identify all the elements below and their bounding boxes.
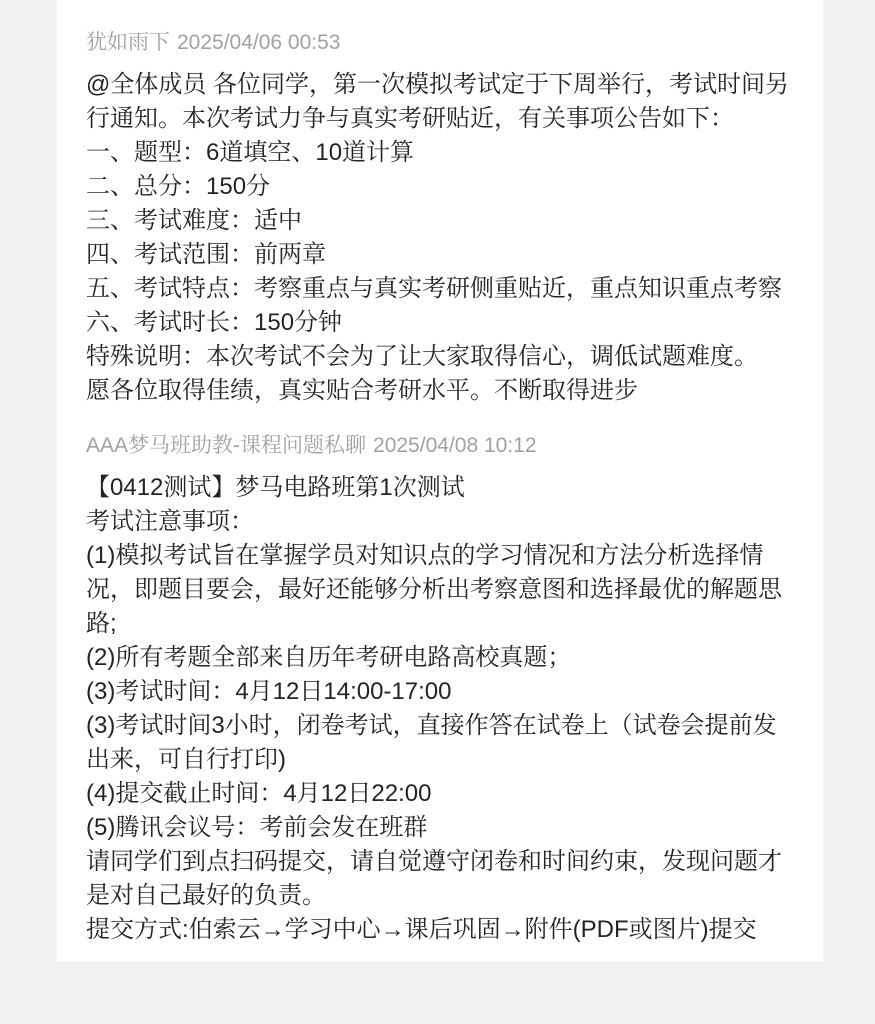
message-line: (3)考试时间：4月12日14:00-17:00 bbox=[86, 675, 797, 709]
message-line: 六、考试时长：150分钟 bbox=[86, 306, 797, 340]
sender-name[interactable]: AAA梦马班助教-课程问题私聊 bbox=[86, 434, 366, 457]
message-body: @全体成员 各位同学，第一次模拟考试定于下周举行，考试时间另行通知。本次考试力争… bbox=[86, 68, 797, 408]
message-header: AAA梦马班助教-课程问题私聊2025/04/08 10:12 bbox=[86, 434, 797, 458]
chat-message-panel: 犹如雨下2025/04/06 00:53 @全体成员 各位同学，第一次模拟考试定… bbox=[57, 0, 823, 962]
chat-message: 犹如雨下2025/04/06 00:53 @全体成员 各位同学，第一次模拟考试定… bbox=[86, 31, 797, 408]
message-line: 行通知。本次考试力争与真实考研贴近，有关事项公告如下： bbox=[86, 102, 797, 136]
message-line: 请同学们到点扫码提交，请自觉遵守闭卷和时间约束，发现问题才 bbox=[86, 845, 797, 879]
message-line: (3)考试时间3小时，闭卷考试，直接作答在试卷上（试卷会提前发 bbox=[86, 709, 797, 743]
message-line: 是对自己最好的负责。 bbox=[86, 879, 797, 913]
message-line: 况，即题目要会，最好还能够分析出考察意图和选择最优的解题思 bbox=[86, 573, 797, 607]
message-line: @全体成员 各位同学，第一次模拟考试定于下周举行，考试时间另 bbox=[86, 68, 797, 102]
message-line: 愿各位取得佳绩，真实贴合考研水平。不断取得进步 bbox=[86, 374, 797, 408]
chat-message: AAA梦马班助教-课程问题私聊2025/04/08 10:12 【0412测试】… bbox=[86, 434, 797, 947]
chat-message-list: 犹如雨下2025/04/06 00:53 @全体成员 各位同学，第一次模拟考试定… bbox=[57, 0, 823, 947]
message-line: (5)腾讯会议号：考前会发在班群 bbox=[86, 811, 797, 845]
message-line: 二、总分：150分 bbox=[86, 170, 797, 204]
message-body: 【0412测试】梦马电路班第1次测试考试注意事项：(1)模拟考试旨在掌握学员对知… bbox=[86, 471, 797, 947]
message-line: 【0412测试】梦马电路班第1次测试 bbox=[86, 471, 797, 505]
message-line: (4)提交截止时间：4月12日22:00 bbox=[86, 777, 797, 811]
message-line: 提交方式:伯索云→学习中心→课后巩固→附件(PDF或图片)提交 bbox=[86, 913, 797, 947]
message-line: 四、考试范围：前两章 bbox=[86, 238, 797, 272]
message-line: 考试注意事项： bbox=[86, 505, 797, 539]
message-line: (1)模拟考试旨在掌握学员对知识点的学习情况和方法分析选择情 bbox=[86, 539, 797, 573]
message-timestamp: 2025/04/06 00:53 bbox=[177, 31, 341, 54]
message-line: 特殊说明：本次考试不会为了让大家取得信心，调低试题难度。 bbox=[86, 340, 797, 374]
message-line: 三、考试难度：适中 bbox=[86, 204, 797, 238]
message-timestamp: 2025/04/08 10:12 bbox=[373, 434, 537, 457]
message-line: 出来，可自行打印) bbox=[86, 743, 797, 777]
message-line: (2)所有考题全部来自历年考研电路高校真题； bbox=[86, 641, 797, 675]
message-header: 犹如雨下2025/04/06 00:53 bbox=[86, 31, 797, 55]
message-line: 路; bbox=[86, 607, 797, 641]
sender-name[interactable]: 犹如雨下 bbox=[86, 31, 170, 54]
message-line: 五、考试特点：考察重点与真实考研侧重贴近，重点知识重点考察 bbox=[86, 272, 797, 306]
message-line: 一、题型：6道填空、10道计算 bbox=[86, 136, 797, 170]
